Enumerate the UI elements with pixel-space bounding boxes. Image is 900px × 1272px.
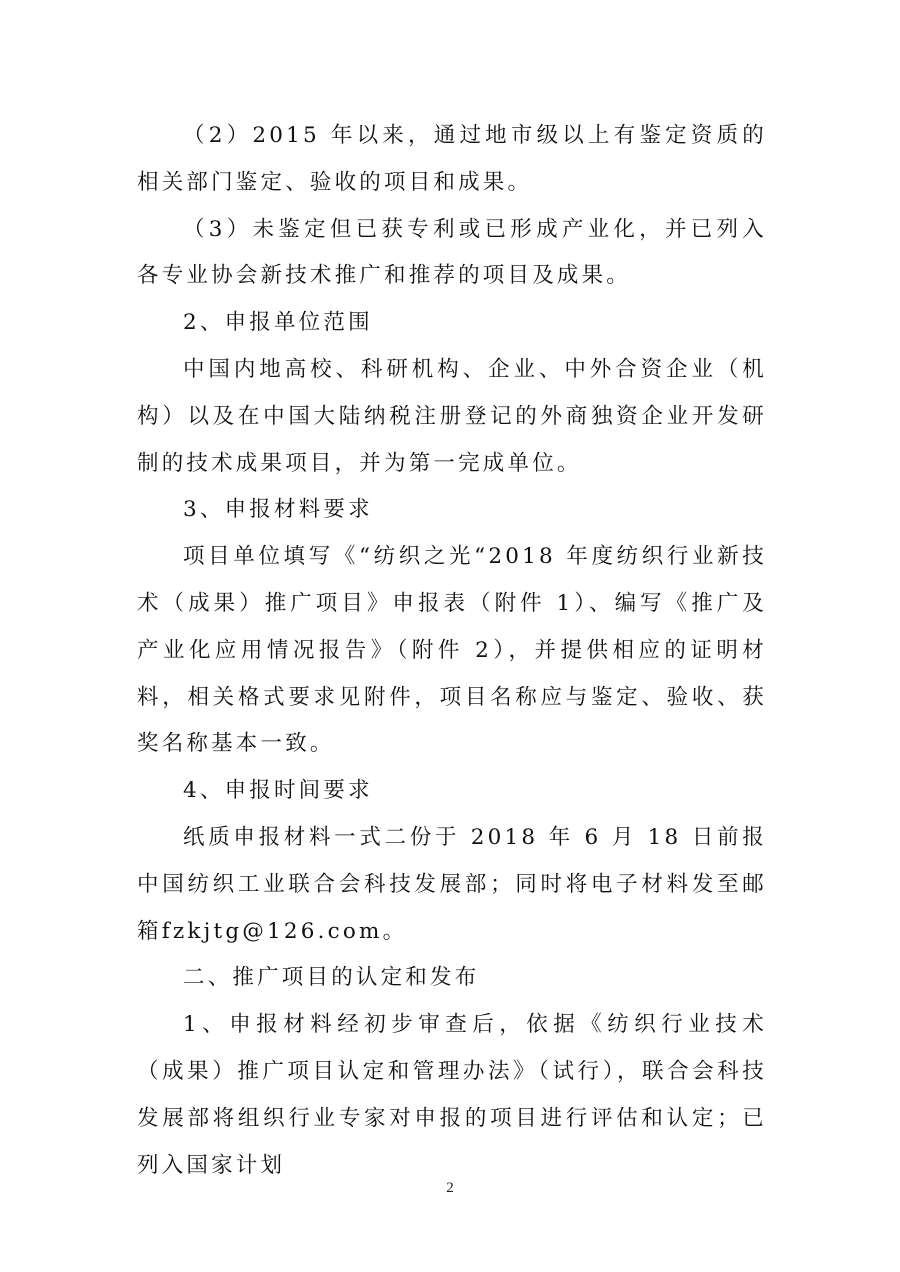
body-paragraph-recognition: 1、申报材料经初步审查后，依据《纺织行业技术（成果）推广项目认定和管理办法》（试… xyxy=(137,1002,767,1189)
document-page: （2）2015 年以来，通过地市级以上有鉴定资质的相关部门鉴定、验收的项目和成果… xyxy=(137,113,767,1189)
list-item-3: （3）未鉴定但已获专利或已形成产业化，并已列入各专业协会新技术推广和推荐的项目及… xyxy=(137,207,767,301)
body-paragraph-deadline: 纸质申报材料一式二份于 2018 年 6 月 18 日前报中国纺织工业联合会科技… xyxy=(137,815,767,955)
section-heading-materials: 3、申报材料要求 xyxy=(137,487,767,534)
page-number: 2 xyxy=(0,1180,900,1197)
section-heading-deadline: 4、申报时间要求 xyxy=(137,768,767,815)
body-paragraph-materials: 项目单位填写《“纺织之光“2018 年度纺织行业新技术（成果）推广项目》申报表（… xyxy=(137,534,767,768)
section-heading-applicant-scope: 2、申报单位范围 xyxy=(137,300,767,347)
list-item-2: （2）2015 年以来，通过地市级以上有鉴定资质的相关部门鉴定、验收的项目和成果… xyxy=(137,113,767,207)
body-paragraph-applicant-scope: 中国内地高校、科研机构、企业、中外合资企业（机构）以及在中国大陆纳税注册登记的外… xyxy=(137,347,767,487)
section-heading-recognition: 二、推广项目的认定和发布 xyxy=(137,955,767,1002)
